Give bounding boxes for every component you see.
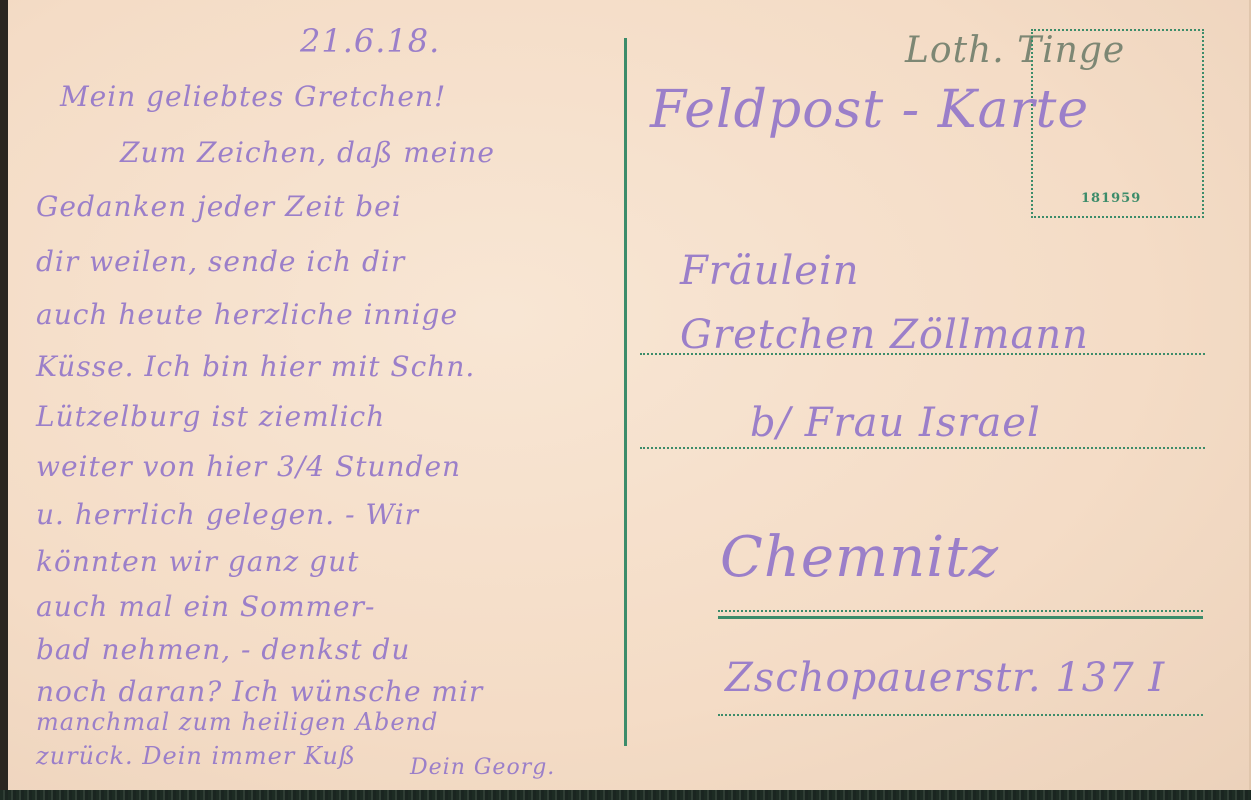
stamp-box-number: 181959: [1081, 191, 1141, 206]
address-street: Zschopauerstr. 137 I: [725, 655, 1165, 701]
message-line: Zum Zeichen, daß meine: [120, 136, 495, 169]
message-line: auch mal ein Sommer-: [36, 590, 375, 623]
address-city: Chemnitz: [720, 525, 999, 590]
message-line: weiter von hier 3/4 Stunden: [36, 450, 461, 483]
message-date: 21.6.18.: [300, 22, 440, 60]
background-strip: [0, 790, 1251, 800]
address-name: Gretchen Zöllmann: [680, 312, 1089, 358]
address-dotted-line: [718, 714, 1203, 716]
address-dotted-line: [640, 353, 1205, 355]
message-line: bad nehmen, - denkst du: [36, 633, 410, 666]
address-city-underline: [718, 616, 1203, 619]
message-line: auch heute herzliche innige: [36, 298, 458, 331]
card-edge-shadow: [0, 0, 8, 790]
message-line: manchmal zum heiligen Abend: [36, 708, 438, 736]
message-line: Lützelburg ist ziemlich: [36, 400, 385, 433]
postcard: 21.6.18. Mein geliebtes Gretchen! Zum Ze…: [0, 0, 1251, 790]
address-care-of: b/ Frau Israel: [750, 400, 1041, 446]
address-dotted-line: [718, 610, 1203, 612]
message-line: Küsse. Ich bin hier mit Schn.: [36, 350, 475, 383]
message-line: Mein geliebtes Gretchen!: [60, 80, 446, 113]
message-line: könnten wir ganz gut: [36, 545, 359, 578]
message-line: Gedanken jeder Zeit bei: [36, 190, 402, 223]
address-salutation: Fräulein: [680, 248, 860, 294]
message-line: u. herrlich gelegen. - Wir: [36, 498, 419, 531]
message-line: dir weilen, sende ich dir: [36, 245, 405, 278]
address-dotted-line: [640, 447, 1205, 449]
message-line: noch daran? Ich wünsche mir: [36, 675, 483, 708]
message-line: zurück. Dein immer Kuß: [36, 742, 356, 770]
card-type-label: Feldpost - Karte: [650, 80, 1089, 140]
message-signature: Dein Georg.: [410, 755, 555, 780]
vertical-divider: [624, 38, 627, 746]
